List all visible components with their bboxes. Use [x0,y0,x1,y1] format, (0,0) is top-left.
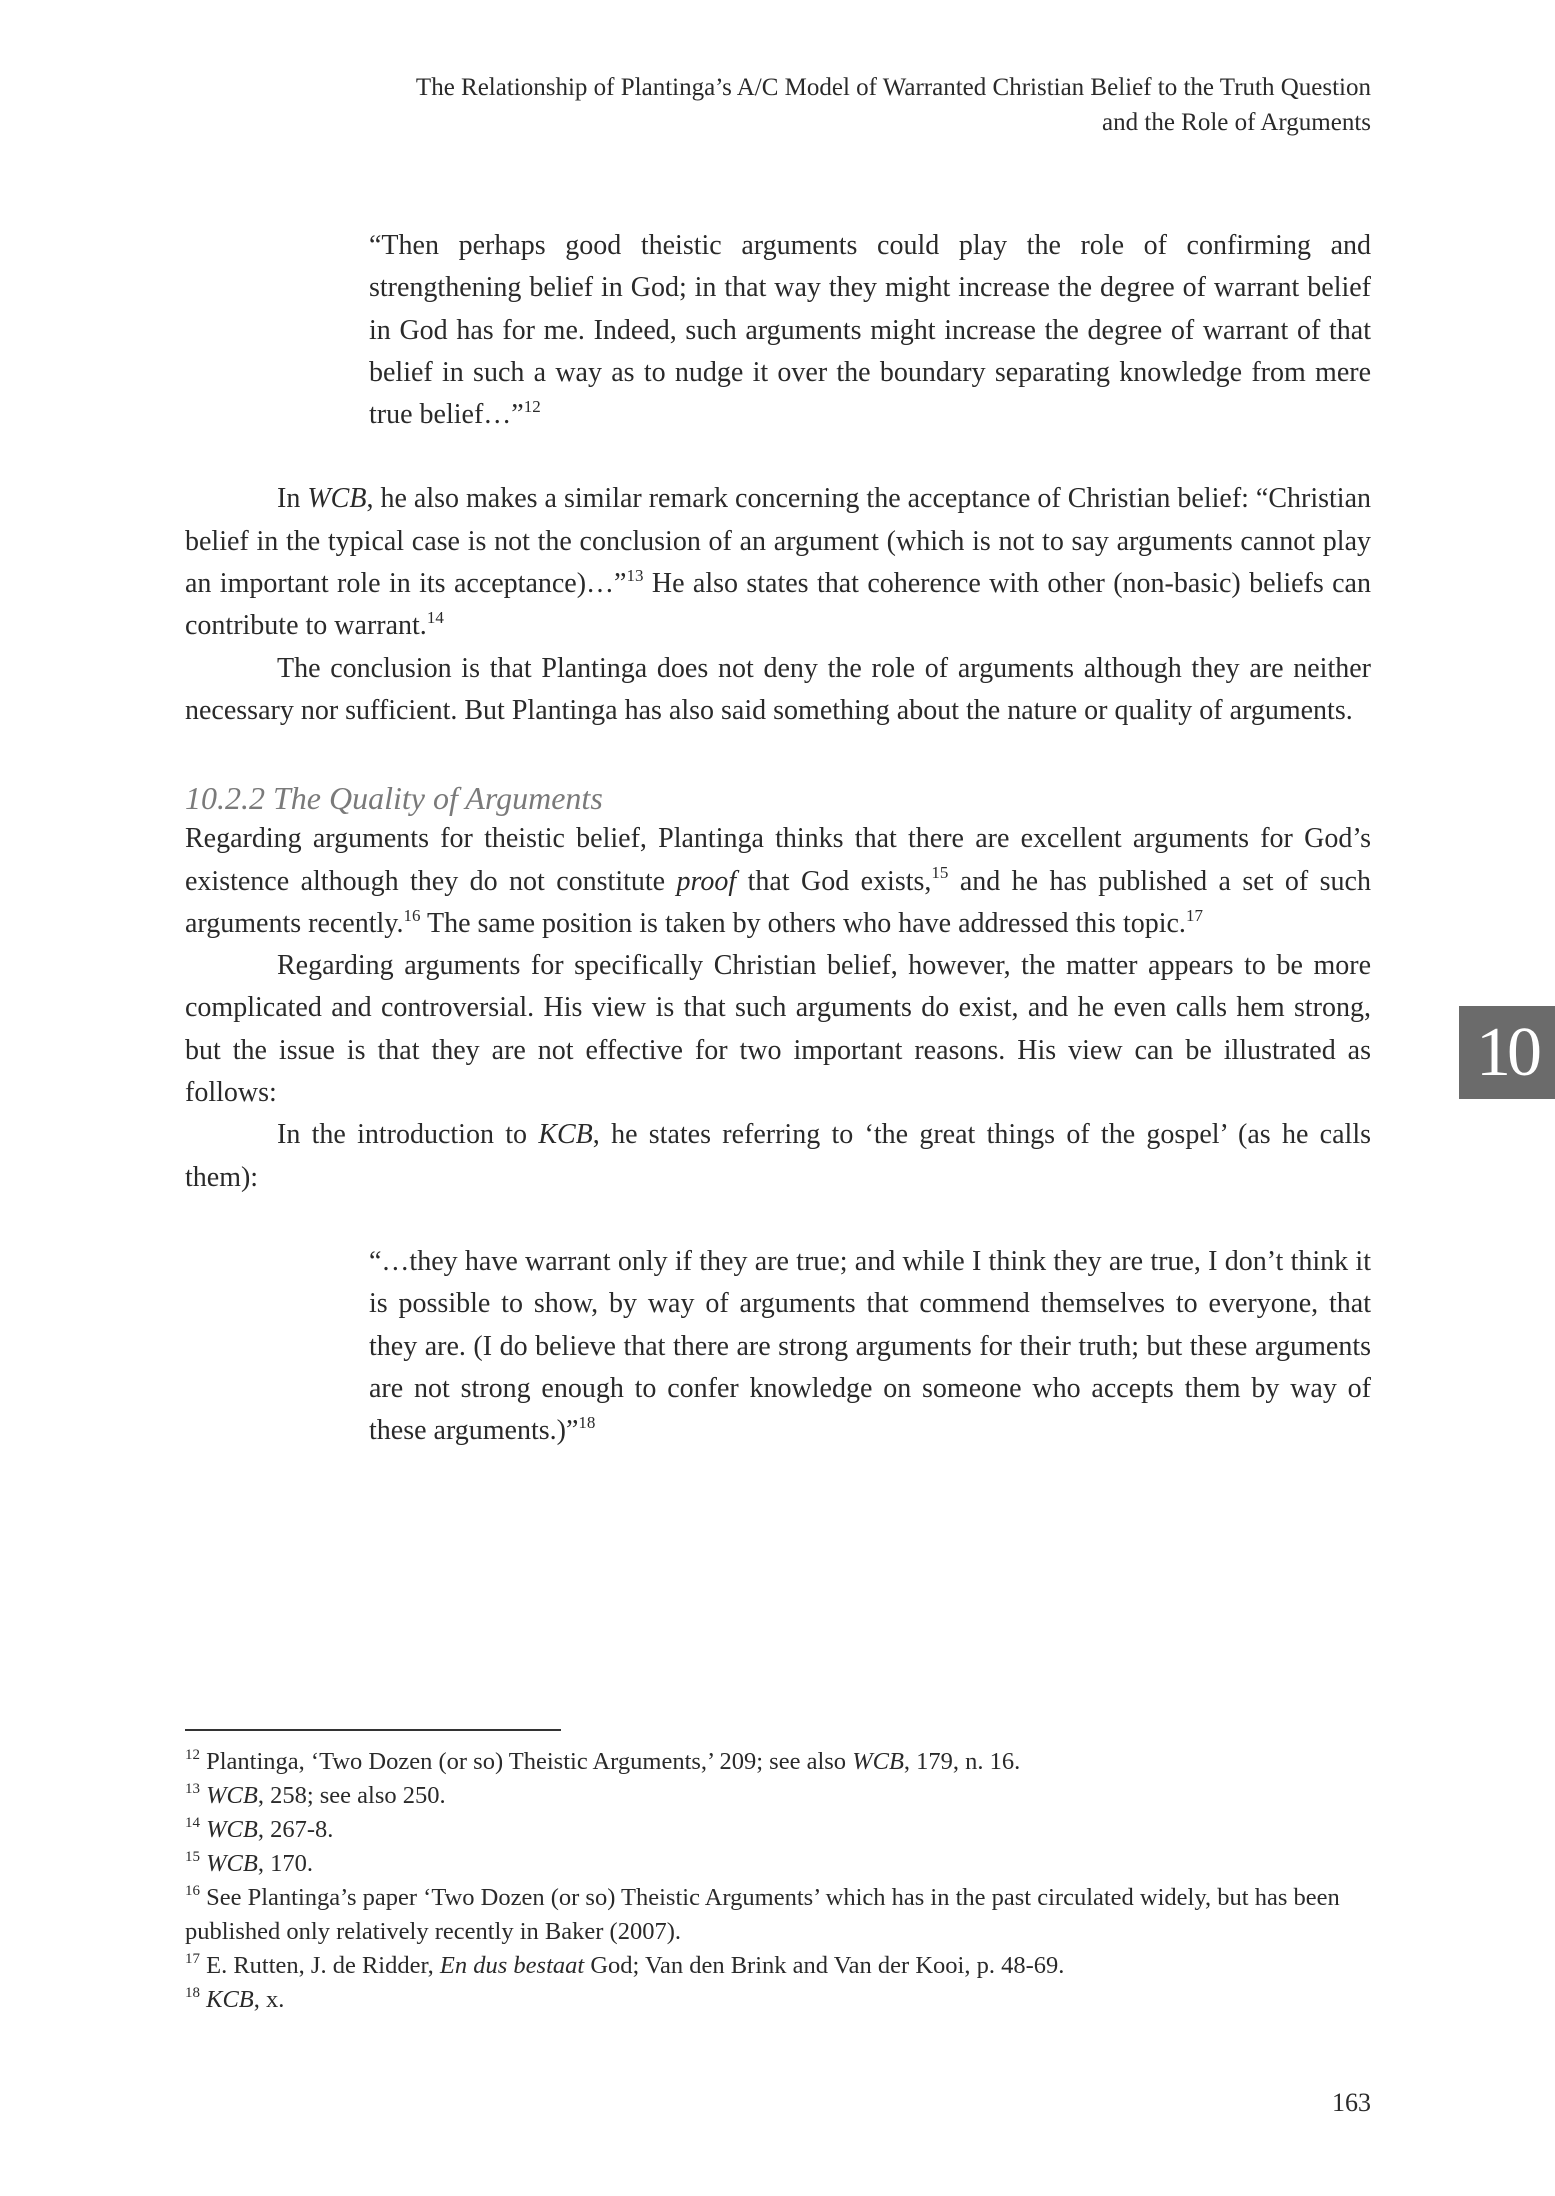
chapter-tab: 10 [1459,1006,1555,1099]
book-abbrev: KCB [538,1119,592,1150]
quote-text: “Then perhaps good theistic arguments co… [369,230,1371,430]
section-heading: 10.2.2 The Quality of Arguments [185,778,1371,818]
footnote-17: 17 E. Rutten, J. de Ridder, En dus besta… [185,1949,1371,1983]
page-number: 163 [1332,2088,1371,2118]
footnote-ref-17[interactable]: 17 [1186,906,1203,925]
block-quote-2: “…they have warrant only if they are tru… [369,1241,1371,1452]
book-abbrev: WCB [307,483,366,514]
quote-text: “…they have warrant only if they are tru… [369,1246,1371,1446]
block-quote-1: “Then perhaps good theistic arguments co… [369,225,1371,436]
footnote-number: 12 [185,1747,200,1763]
text: , 170. [258,1850,313,1877]
footnote-13: 13 WCB, 258; see also 250. [185,1779,1371,1813]
footnote-14: 14 WCB, 267-8. [185,1813,1371,1847]
footnotes: 12 Plantinga, ‘Two Dozen (or so) Theisti… [185,1745,1371,2017]
paragraph-christian-arguments: Regarding arguments for specifically Chr… [185,945,1371,1114]
text: In [277,483,307,514]
footnote-12: 12 Plantinga, ‘Two Dozen (or so) Theisti… [185,1745,1371,1779]
footnote-number: 14 [185,1815,200,1831]
body-text: “Then perhaps good theistic arguments co… [185,225,1371,1452]
emphasis: En dus bestaat [440,1952,584,1979]
text: , 267-8. [258,1816,334,1843]
footnote-ref-13[interactable]: 13 [626,566,643,585]
running-head-line-1: The Relationship of Plantinga’s A/C Mode… [171,70,1371,105]
footnote-ref-14[interactable]: 14 [427,608,444,627]
paragraph-wcb-remark: In WCB, he also makes a similar remark c… [185,478,1371,647]
emphasis: KCB [206,1986,254,2013]
text: , 179, n. 16. [904,1748,1020,1775]
text: E. Rutten, J. de Ridder, [206,1952,440,1979]
footnote-number: 17 [185,1951,200,1967]
footnote-number: 13 [185,1781,200,1797]
text: In the introduction to [277,1119,538,1150]
emphasis: WCB [206,1782,258,1809]
footnote-number: 18 [185,1985,200,2001]
text: See Plantinga’s paper ‘Two Dozen (or so)… [185,1884,1340,1945]
footnote-ref-15[interactable]: 15 [931,863,948,882]
footnote-18: 18 KCB, x. [185,1983,1371,2017]
text: that God exists, [736,866,931,897]
footnote-16: 16 See Plantinga’s paper ‘Two Dozen (or … [185,1881,1371,1949]
paragraph-theistic-arguments: Regarding arguments for theistic belief,… [185,818,1371,945]
footnote-ref-12[interactable]: 12 [524,397,541,416]
footnote-number: 16 [185,1883,200,1899]
text: , 258; see also 250. [258,1782,446,1809]
running-head-line-2: and the Role of Arguments [171,105,1371,140]
footnote-number: 15 [185,1849,200,1865]
emphasis: proof [677,866,737,897]
running-head: The Relationship of Plantinga’s A/C Mode… [171,70,1371,140]
paragraph-conclusion: The conclusion is that Plantinga does no… [185,648,1371,733]
footnote-ref-18[interactable]: 18 [578,1413,595,1432]
footnote-15: 15 WCB, 170. [185,1847,1371,1881]
text: , x. [254,1986,285,2013]
emphasis: WCB [206,1850,258,1877]
paragraph-kcb-intro: In the introduction to KCB, he states re… [185,1114,1371,1199]
emphasis: WCB [206,1816,258,1843]
text: Plantinga, ‘Two Dozen (or so) Theistic A… [206,1748,852,1775]
footnote-divider [185,1729,561,1731]
text: God; Van den Brink and Van der Kooi, p. … [584,1952,1064,1979]
emphasis: WCB [852,1748,904,1775]
footnote-ref-16[interactable]: 16 [403,906,420,925]
text: The same position is taken by others who… [420,908,1185,939]
